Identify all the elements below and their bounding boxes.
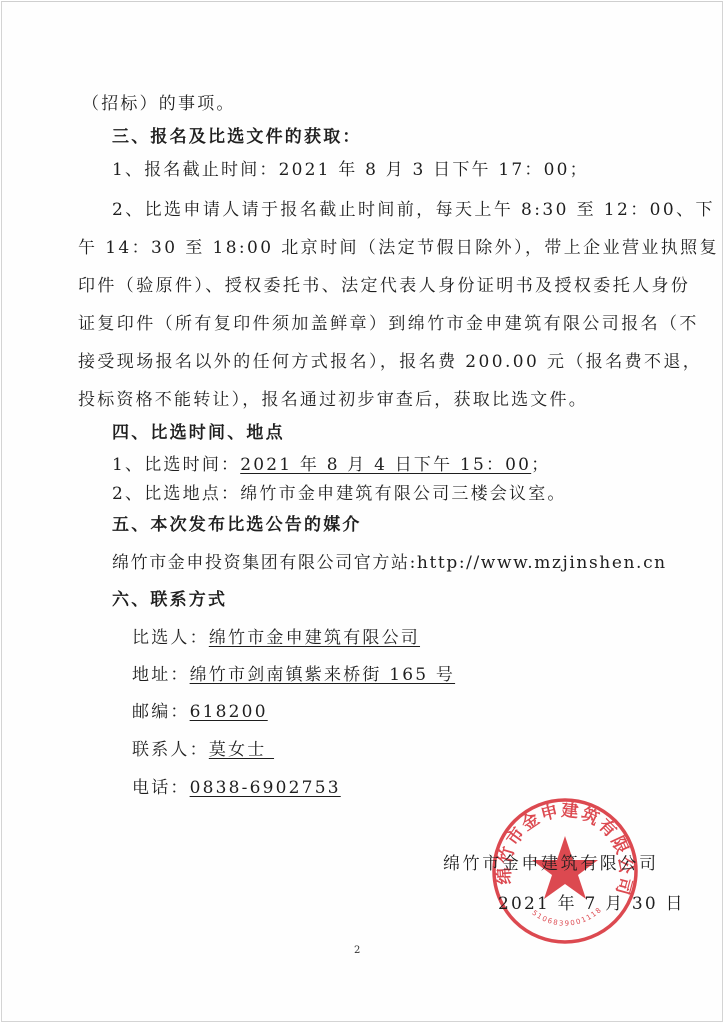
registration-paragraph-line-4: 证复印件（所有复印件须加盖鲜章）到绵竹市金申建筑有限公司报名（不 — [78, 313, 699, 335]
selection-time-label: 1、比选时间： — [112, 455, 240, 475]
signature-company: 绵竹市金申建筑有限公司 — [443, 853, 659, 875]
contact-postcode: 邮编：618200 — [132, 701, 268, 723]
selection-time-value: 2021 年 8 月 4 日下午 15：00 — [240, 455, 531, 475]
contact-label: 联系人： — [132, 740, 209, 760]
contact-label: 电话： — [132, 778, 190, 798]
contact-phone: 电话：0838-6902753 — [132, 777, 341, 799]
section-5-heading: 五、本次发布比选公告的媒介 — [112, 514, 362, 536]
section-4-heading: 四、比选时间、地点 — [112, 422, 285, 444]
page-number: 2 — [354, 945, 360, 956]
selection-place: 2、比选地点：绵竹市金申建筑有限公司三楼会议室。 — [112, 483, 567, 505]
contact-value: 绵竹市金申建筑有限公司 — [209, 628, 420, 648]
registration-deadline: 1、报名截止时间：2021 年 8 月 3 日下午 17：00； — [112, 159, 589, 181]
registration-paragraph-line-3: 印件（验原件）、授权委托书、法定代表人身份证明书及授权委托人身份 — [78, 275, 690, 297]
contact-value: 618200 — [190, 702, 268, 722]
section-3-heading: 三、报名及比选文件的获取： — [112, 126, 362, 148]
signature-date: 2021 年 7 月 30 日 — [498, 893, 685, 915]
contact-person: 联系人：莫女士 — [132, 739, 274, 761]
registration-paragraph-line-1: 2、比选申请人请于报名截止时间前，每天上午 8:30 至 12：00、下 — [112, 199, 715, 221]
contact-label: 邮编： — [132, 702, 190, 722]
contact-value: 莫女士 — [209, 740, 274, 760]
contact-address: 地址：绵竹市剑南镇紫来桥街 165 号 — [132, 664, 455, 686]
paragraph-continuation: （招标）的事项。 — [82, 93, 236, 115]
contact-value: 绵竹市剑南镇紫来桥街 165 号 — [190, 665, 455, 685]
registration-paragraph-line-5: 接受现场报名以外的任何方式报名），报名费 200.00 元（报名费不退， — [78, 351, 702, 373]
contact-label: 比选人： — [132, 628, 209, 648]
registration-paragraph-line-2: 午 14：30 至 18:00 北京时间（法定节假日除外），带上企业营业执照复 — [78, 237, 719, 259]
publication-media: 绵竹市金申投资集团有限公司官方站:http://www.mzjinshen.cn — [112, 552, 667, 574]
selection-time: 1、比选时间：2021 年 8 月 4 日下午 15：00； — [112, 454, 550, 476]
registration-paragraph-line-6: 投标资格不能转让），报名通过初步审查后，获取比选文件。 — [78, 389, 588, 411]
contact-label: 地址： — [132, 665, 190, 685]
section-6-heading: 六、联系方式 — [112, 589, 227, 611]
contact-bidder: 比选人：绵竹市金申建筑有限公司 — [132, 627, 420, 649]
contact-value: 0838-6902753 — [190, 778, 341, 798]
document-page: （招标）的事项。 三、报名及比选文件的获取： 1、报名截止时间：2021 年 8… — [1, 1, 723, 1022]
selection-time-end: ； — [531, 455, 550, 475]
